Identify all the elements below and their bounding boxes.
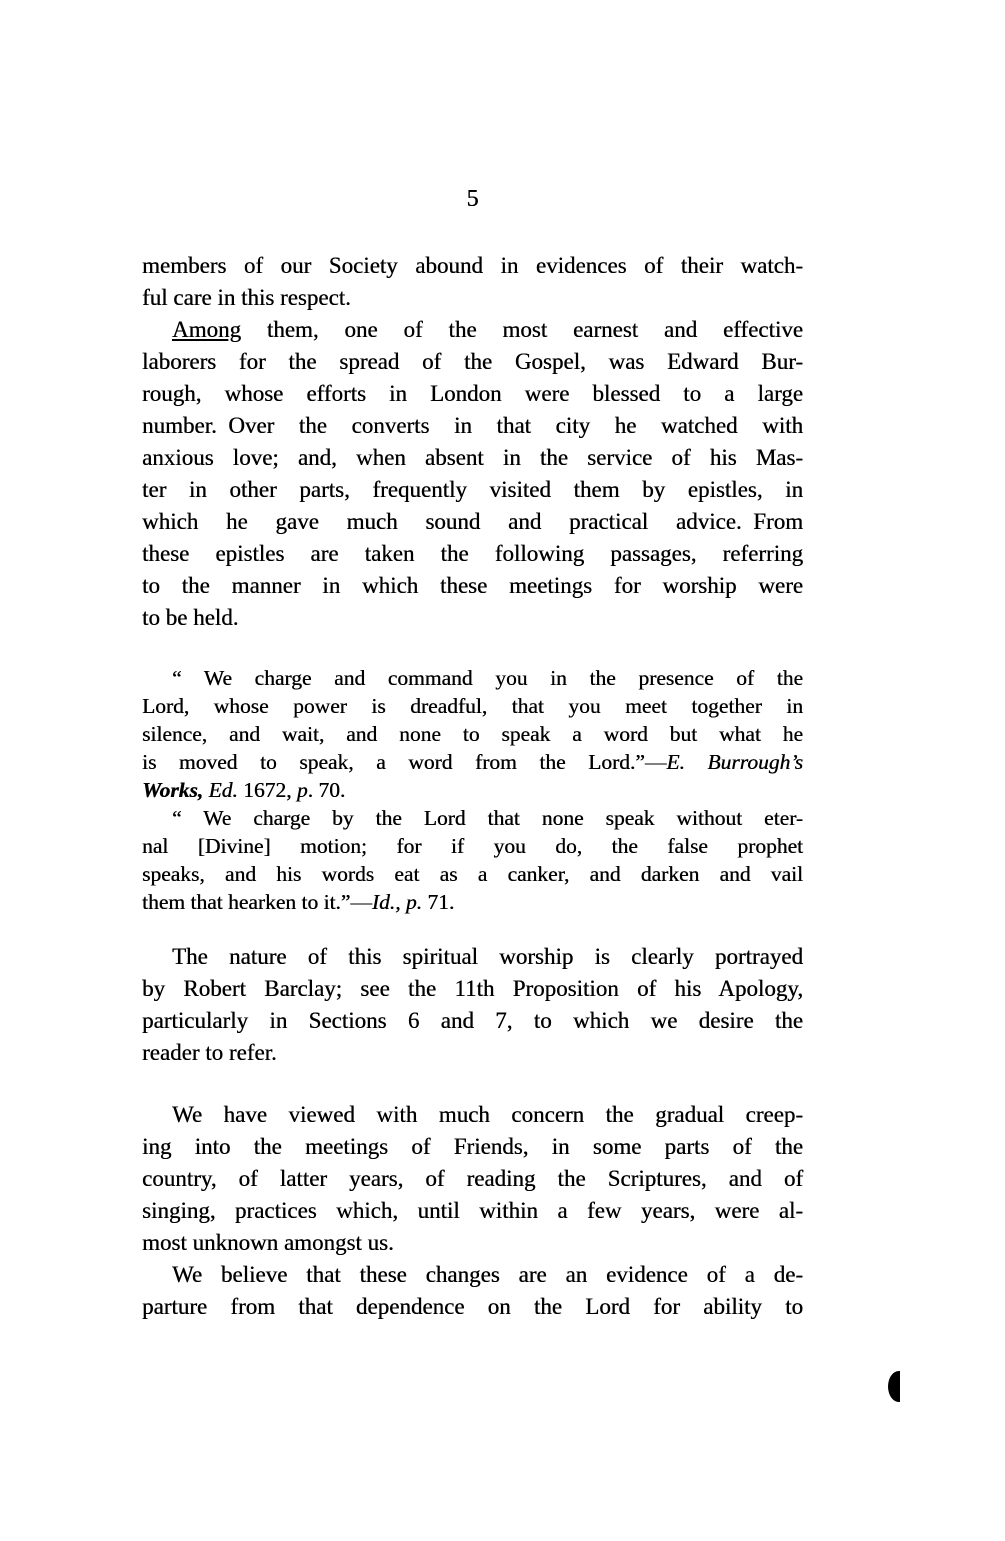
- text-line: The nature of this spiritual worship is …: [142, 941, 803, 973]
- citation-segment: Works,: [142, 778, 203, 802]
- text-segment: silence, and wait, and none to speak a w…: [142, 722, 803, 746]
- text-segment: these epistles are taken the following p…: [142, 541, 803, 566]
- text-line: which he gave much sound and practical a…: [142, 506, 803, 538]
- text-segment: most unknown amongst us.: [142, 1230, 394, 1255]
- text-segment: The nature of this spiritual worship is …: [172, 944, 803, 969]
- text-segment: by Robert Barclay; see the 11th Proposit…: [142, 976, 803, 1001]
- text-line: Works, Ed. 1672, p. 70.: [142, 776, 803, 804]
- paragraph-block-continuation: members of our Society abound in evidenc…: [142, 250, 803, 634]
- text-segment: them, one of the most earnest and effect…: [241, 317, 803, 342]
- text-segment: to the manner in which these meetings fo…: [142, 573, 803, 598]
- text-segment: anxious love; and, when absent in the se…: [142, 445, 803, 470]
- text-segment: Lord, whose power is dreadful, that you …: [142, 694, 803, 718]
- text-segment: number. Over the converts in that city h…: [142, 413, 803, 438]
- text-segment: parture from that dependence on the Lord…: [142, 1294, 803, 1319]
- text-line: ful care in this respect.: [142, 282, 803, 314]
- text-line: speaks, and his words eat as a canker, a…: [142, 860, 803, 888]
- text-line: number. Over the converts in that city h…: [142, 410, 803, 442]
- text-line: anxious love; and, when absent in the se…: [142, 442, 803, 474]
- text-line: “ We charge by the Lord that none speak …: [142, 804, 803, 832]
- text-line: by Robert Barclay; see the 11th Proposit…: [142, 973, 803, 1005]
- text-segment: Among: [172, 317, 241, 342]
- text-segment: ful care in this respect.: [142, 285, 351, 310]
- text-line: nal [Divine] motion; for if you do, the …: [142, 832, 803, 860]
- ink-blot: [888, 1371, 900, 1402]
- text-line: ing into the meetings of Friends, in som…: [142, 1131, 803, 1163]
- quote-block-burrough: “ We charge and command you in the prese…: [142, 664, 803, 916]
- text-segment: which he gave much sound and practical a…: [142, 509, 803, 534]
- text-segment: reader to refer.: [142, 1040, 277, 1065]
- text-line: these epistles are taken the following p…: [142, 538, 803, 570]
- text-line: particularly in Sections 6 and 7, to whi…: [142, 1005, 803, 1037]
- text-segment: ter in other parts, frequently visited t…: [142, 477, 803, 502]
- text-segment: is moved to speak, a word from the Lord.…: [142, 750, 666, 774]
- text-line: silence, and wait, and none to speak a w…: [142, 720, 803, 748]
- text-segment: We believe that these changes are an evi…: [172, 1262, 803, 1287]
- text-segment: ing into the meetings of Friends, in som…: [142, 1134, 803, 1159]
- text-line: to be held.: [142, 602, 803, 634]
- text-segment: particularly in Sections 6 and 7, to whi…: [142, 1008, 803, 1033]
- text-line: them that hearken to it.”—Id., p. 71.: [142, 888, 803, 916]
- text-segment: speaks, and his words eat as a canker, a…: [142, 862, 803, 886]
- text-segment: “ We charge and command you in the prese…: [172, 666, 803, 690]
- citation-segment: p: [297, 778, 308, 802]
- text-segment: . 70.: [308, 778, 346, 802]
- text-segment: members of our Society abound in evidenc…: [142, 253, 803, 278]
- paragraph-block-barclay: The nature of this spiritual worship is …: [142, 941, 803, 1069]
- text-segment: rough, whose efforts in London were bles…: [142, 381, 803, 406]
- text-line: “ We charge and command you in the prese…: [142, 664, 803, 692]
- text-line: We have viewed with much concern the gra…: [142, 1099, 803, 1131]
- text-line: country, of latter years, of reading the…: [142, 1163, 803, 1195]
- text-line: We believe that these changes are an evi…: [142, 1259, 803, 1291]
- text-line: rough, whose efforts in London were bles…: [142, 378, 803, 410]
- text-line: parture from that dependence on the Lord…: [142, 1291, 803, 1323]
- text-segment: singing, practices which, until within a…: [142, 1198, 803, 1223]
- book-page: 5 members of our Society abound in evide…: [0, 0, 1005, 1541]
- text-segment: “ We charge by the Lord that none speak …: [172, 806, 803, 830]
- text-line: singing, practices which, until within a…: [142, 1195, 803, 1227]
- citation-segment: E. Burrough’s: [666, 750, 803, 774]
- text-segment: We have viewed with much concern the gra…: [172, 1102, 803, 1127]
- citation-segment: Id., p.: [372, 890, 422, 914]
- text-segment: 1672,: [238, 778, 297, 802]
- text-segment: country, of latter years, of reading the…: [142, 1166, 803, 1191]
- paragraph-block-concern: We have viewed with much concern the gra…: [142, 1099, 803, 1323]
- text-line: is moved to speak, a word from the Lord.…: [142, 748, 803, 776]
- text-line: reader to refer.: [142, 1037, 803, 1069]
- text-line: to the manner in which these meetings fo…: [142, 570, 803, 602]
- text-segment: them that hearken to it.”—: [142, 890, 372, 914]
- text-segment: 71.: [422, 890, 454, 914]
- page-number: 5: [142, 184, 803, 214]
- text-line: members of our Society abound in evidenc…: [142, 250, 803, 282]
- text-line: most unknown amongst us.: [142, 1227, 803, 1259]
- text-line: Lord, whose power is dreadful, that you …: [142, 692, 803, 720]
- text-segment: laborers for the spread of the Gospel, w…: [142, 349, 803, 374]
- text-segment: to be held.: [142, 605, 238, 630]
- text-segment: nal [Divine] motion; for if you do, the …: [142, 834, 803, 858]
- citation-segment: Ed.: [203, 778, 238, 802]
- text-line: Among them, one of the most earnest and …: [142, 314, 803, 346]
- text-line: laborers for the spread of the Gospel, w…: [142, 346, 803, 378]
- text-line: ter in other parts, frequently visited t…: [142, 474, 803, 506]
